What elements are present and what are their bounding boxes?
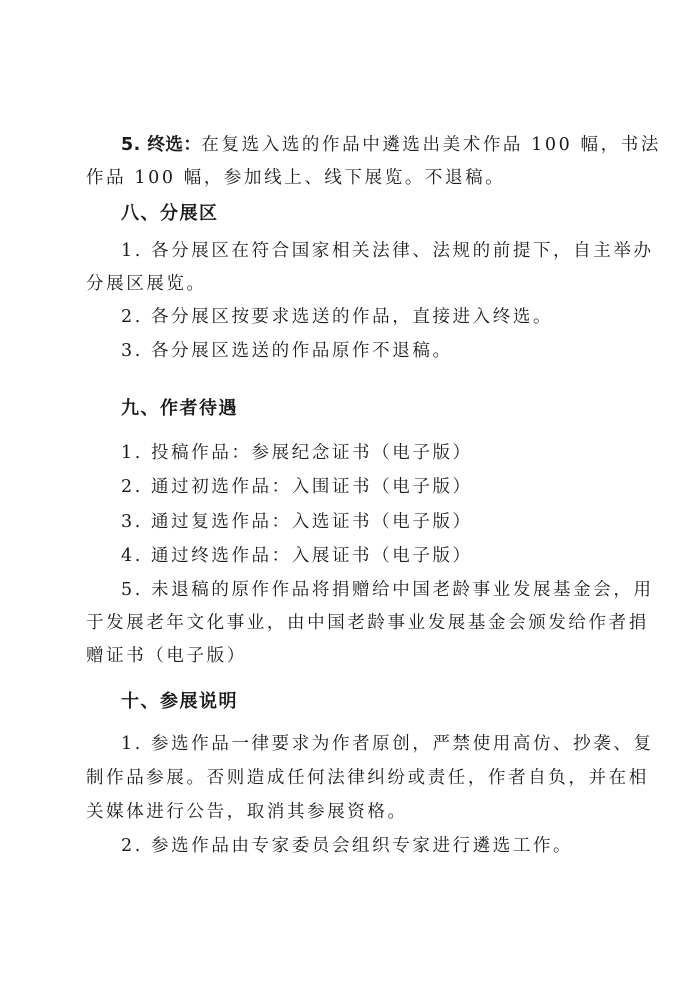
- final-selection-label: 5. 终选：: [121, 135, 201, 155]
- document-page: 5. 终选：在复选入选的作品中遴选出美术作品 100 幅，书法 作品 100 幅…: [0, 0, 700, 990]
- notes-item-1-line-1: 1. 参选作品一律要求为作者原创，严禁使用高仿、抄袭、复: [121, 730, 612, 758]
- branch-item-1-line-2: 分展区展览。: [86, 270, 612, 298]
- benefit-item-3: 3. 通过复选作品：入选证书（电子版）: [121, 508, 612, 536]
- benefit-item-1: 1. 投稿作品：参展纪念证书（电子版）: [121, 439, 612, 467]
- final-selection-paragraph-line-2: 作品 100 幅，参加线上、线下展览。不退稿。: [86, 164, 612, 192]
- final-selection-text: 在复选入选的作品中遴选出美术作品 100 幅，书法: [201, 135, 661, 155]
- notes-item-2: 2. 参选作品由专家委员会组织专家进行遴选工作。: [121, 832, 612, 860]
- branch-item-1-line-1: 1. 各分展区在符合国家相关法律、法规的前提下，自主举办: [121, 237, 612, 265]
- branch-item-2: 2. 各分展区按要求选送的作品，直接进入终选。: [121, 303, 612, 331]
- benefit-item-5-line-3: 赠证书（电子版）: [86, 642, 612, 670]
- notes-item-1-line-3: 关媒体进行公告，取消其参展资格。: [86, 798, 612, 826]
- benefit-item-2: 2. 通过初选作品：入围证书（电子版）: [121, 473, 612, 501]
- final-selection-paragraph-line-1: 5. 终选：在复选入选的作品中遴选出美术作品 100 幅，书法: [121, 131, 612, 159]
- section-heading-branch-exhibitions: 八、分展区: [121, 200, 612, 228]
- branch-item-3: 3. 各分展区选送的作品原作不退稿。: [121, 337, 612, 365]
- notes-item-1-line-2: 制作品参展。否则造成任何法律纠纷或责任，作者自负，并在相: [86, 764, 612, 792]
- section-heading-participation-notes: 十、参展说明: [121, 688, 612, 716]
- benefit-item-5-line-2: 于发展老年文化事业，由中国老龄事业发展基金会颁发给作者捐: [86, 609, 612, 637]
- benefit-item-4: 4. 通过终选作品：入展证书（电子版）: [121, 542, 612, 570]
- section-heading-author-benefits: 九、作者待遇: [121, 395, 612, 423]
- benefit-item-5-line-1: 5. 未退稿的原作作品将捐赠给中国老龄事业发展基金会，用: [121, 576, 612, 604]
